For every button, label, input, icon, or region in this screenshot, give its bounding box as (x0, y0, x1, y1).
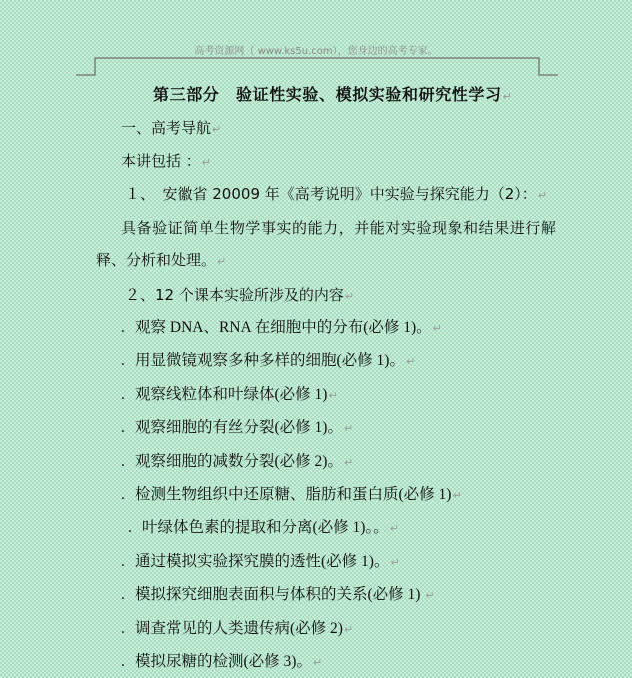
experiment-item: .观察线粒体和叶绿体(必修 1)↵ (121, 385, 338, 406)
experiment-text: 调查常见的人类遗传病(必修 2) (135, 620, 343, 637)
experiment-item: .检测生物组织中还原糖、脂肪和蛋白质(必修 1)↵ (121, 485, 462, 506)
paragraph-mark-icon: ↵ (433, 322, 442, 335)
bullet-icon: . (121, 585, 135, 605)
page-title: 第三部分 验证性实验、模拟实验和研究性学习↵ (153, 82, 512, 105)
paragraph-mark-icon: ↵ (202, 156, 211, 169)
bullet-icon: . (121, 452, 135, 472)
paragraph-mark-icon: ↵ (344, 456, 353, 469)
experiment-text: 观察细胞的有丝分裂(必修 1)。 (135, 419, 343, 436)
bullet-icon: . (121, 385, 135, 405)
experiment-text: 检测生物组织中还原糖、脂肪和蛋白质(必修 1) (135, 486, 451, 503)
paragraph-mark-icon: ↵ (345, 290, 354, 303)
intro-text: 本讲包括 ： (121, 152, 201, 170)
bullet-icon: . (121, 619, 135, 639)
experiment-text: 叶绿体色素的提取和分离(必修 1)。。 (142, 519, 389, 536)
experiment-item: .模拟探究细胞表面积与体积的关系(必修 1) ↵ (121, 585, 435, 606)
section-heading: 一、高考导航↵ (121, 118, 221, 140)
section-heading-text: 一、高考导航 (121, 119, 211, 137)
item-2-text: ２、12 个课本实验所涉及的内容 (125, 286, 344, 304)
experiment-text: 通过模拟实验探究膜的透性(必修 1)。 (135, 553, 389, 570)
experiment-item: .用显微镜观察多种多样的细胞(必修 1)。↵ (121, 351, 415, 372)
paragraph-mark-icon: ↵ (390, 556, 399, 569)
experiment-text: 观察细胞的减数分裂(必修 2)。 (135, 453, 343, 470)
item-1: １、 安徽省 20009 年《高考说明》中实验与探究能力（2）：↵ (125, 184, 547, 206)
bullet-icon: . (121, 552, 135, 572)
experiment-text: 观察 DNA、RNA 在细胞中的分布(必修 1)。 (135, 319, 432, 336)
experiment-item: .观察细胞的减数分裂(必修 2)。↵ (121, 452, 353, 473)
page-header-text: 高考资源网（ www.ks5u.com），您身边的高考专家。 (0, 42, 632, 57)
paragraph-mark-icon: ↵ (344, 422, 353, 435)
experiment-text: 用显微镜观察多种多样的细胞(必修 1)。 (135, 352, 405, 369)
header-rule (76, 57, 558, 77)
experiment-text: 模拟尿糖的检测(必修 3)。 (135, 653, 312, 670)
bullet-icon: . (128, 518, 142, 538)
experiment-item: .调查常见的人类遗传病(必修 2)↵ (121, 619, 353, 640)
paragraph-mark-icon: ↵ (425, 589, 434, 602)
title-text: 第三部分 验证性实验、模拟实验和研究性学习 (153, 85, 502, 104)
experiment-item: .观察细胞的有丝分裂(必修 1)。↵ (121, 418, 353, 439)
paragraph-mark-icon: ↵ (390, 522, 399, 535)
experiment-item: .观察 DNA、RNA 在细胞中的分布(必修 1)。↵ (121, 318, 442, 339)
ability-line-1: 具备验证简单生物学事实的能力，并能对实验现象和结果进行解 (121, 218, 556, 238)
paragraph-mark-icon: ↵ (212, 123, 221, 136)
experiment-text: 模拟探究细胞表面积与体积的关系(必修 1) (135, 586, 424, 603)
experiment-item: .模拟尿糖的检测(必修 3)。↵ (121, 652, 322, 673)
paragraph-mark-icon: ↵ (344, 623, 353, 636)
paragraph-mark-icon: ↵ (313, 656, 322, 669)
bullet-icon: . (121, 418, 135, 438)
item-2: ２、12 个课本实验所涉及的内容↵ (125, 285, 354, 307)
paragraph-mark-icon: ↵ (503, 90, 513, 103)
document-page: 高考资源网（ www.ks5u.com），您身边的高考专家。 第三部分 验证性实… (0, 0, 632, 678)
bullet-icon: . (121, 652, 135, 672)
bullet-icon: . (121, 485, 135, 505)
paragraph-mark-icon: ↵ (328, 389, 337, 402)
experiment-item: .叶绿体色素的提取和分离(必修 1)。。↵ (128, 518, 399, 539)
experiment-text: 观察线粒体和叶绿体(必修 1) (135, 386, 327, 403)
intro-line: 本讲包括 ：↵ (121, 151, 211, 173)
bullet-icon: . (121, 351, 135, 371)
paragraph-mark-icon: ↵ (406, 355, 415, 368)
paragraph-mark-icon: ↵ (452, 489, 461, 502)
item-1-text: １、 安徽省 20009 年《高考说明》中实验与探究能力（2）： (125, 185, 537, 203)
ability-line-2-text: 释、分析和处理。 (96, 251, 216, 269)
paragraph-mark-icon: ↵ (538, 189, 547, 202)
experiment-item: .通过模拟实验探究膜的透性(必修 1)。↵ (121, 552, 400, 573)
bullet-icon: . (121, 318, 135, 338)
ability-line-2: 释、分析和处理。↵ (96, 250, 226, 272)
paragraph-mark-icon: ↵ (217, 255, 226, 268)
